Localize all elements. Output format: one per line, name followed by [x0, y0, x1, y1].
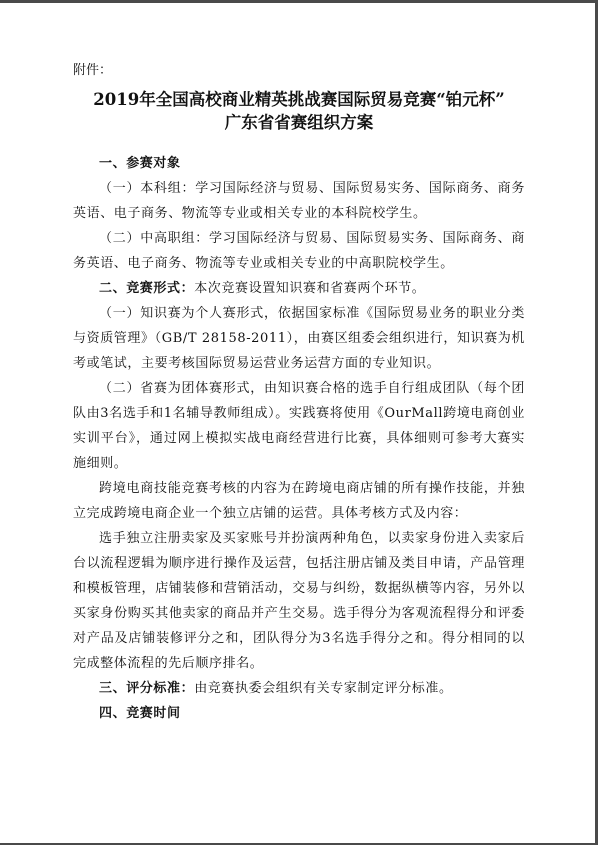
document-page: 附件： 2019年全国高校商业精英挑战赛国际贸易竞赛“铂元杯” 广东省省赛组织方… [73, 60, 525, 726]
title-line-2: 广东省省赛组织方案 [53, 111, 545, 134]
section-2-para-3: 跨境电商技能竞赛考核的内容为在跨境电商店铺的所有操作技能，并独立完成跨境电商企业… [73, 476, 525, 526]
section-3-heading-text: 由竞赛执委会组织有关专家制定评分标准。 [194, 681, 452, 696]
section-1-heading-label: 一、参赛对象 [99, 156, 181, 171]
section-4-heading-label: 四、竞赛时间 [99, 706, 181, 721]
section-2-para-4: 选手独立注册卖家及买家账号并扮演两种角色，以卖家身份进入卖家后台以流程逻辑为顺序… [73, 526, 525, 676]
page-border-top [0, 0, 598, 3]
section-3-heading-label: 三、评分标准： [99, 681, 194, 696]
section-2-heading: 二、竞赛形式：本次竞赛设置知识赛和省赛两个环节。 [73, 276, 525, 301]
section-2-para-1: （一）知识赛为个人赛形式，依据国家标准《国际贸易业务的职业分类与资质管理》（GB… [73, 301, 525, 376]
section-2-heading-text: 本次竞赛设置知识赛和省赛两个环节。 [194, 281, 425, 296]
attachment-label: 附件： [73, 60, 525, 82]
section-1-para-1: （一）本科组：学习国际经济与贸易、国际贸易实务、国际商务、商务英语、电子商务、物… [73, 176, 525, 226]
section-4-heading: 四、竞赛时间 [73, 701, 525, 726]
document-title: 2019年全国高校商业精英挑战赛国际贸易竞赛“铂元杯” 广东省省赛组织方案 [53, 88, 545, 134]
section-1-para-2: （二）中高职组：学习国际经济与贸易、国际贸易实务、国际商务、商务英语、电子商务、… [73, 226, 525, 276]
section-1-heading: 一、参赛对象 [73, 151, 525, 176]
section-2-heading-label: 二、竞赛形式： [99, 281, 194, 296]
section-3-heading: 三、评分标准：由竞赛执委会组织有关专家制定评分标准。 [73, 676, 525, 701]
title-line-1: 2019年全国高校商业精英挑战赛国际贸易竞赛“铂元杯” [53, 88, 545, 111]
section-2-para-2: （二）省赛为团体赛形式，由知识赛合格的选手自行组成团队（每个团队由3名选手和1名… [73, 376, 525, 476]
